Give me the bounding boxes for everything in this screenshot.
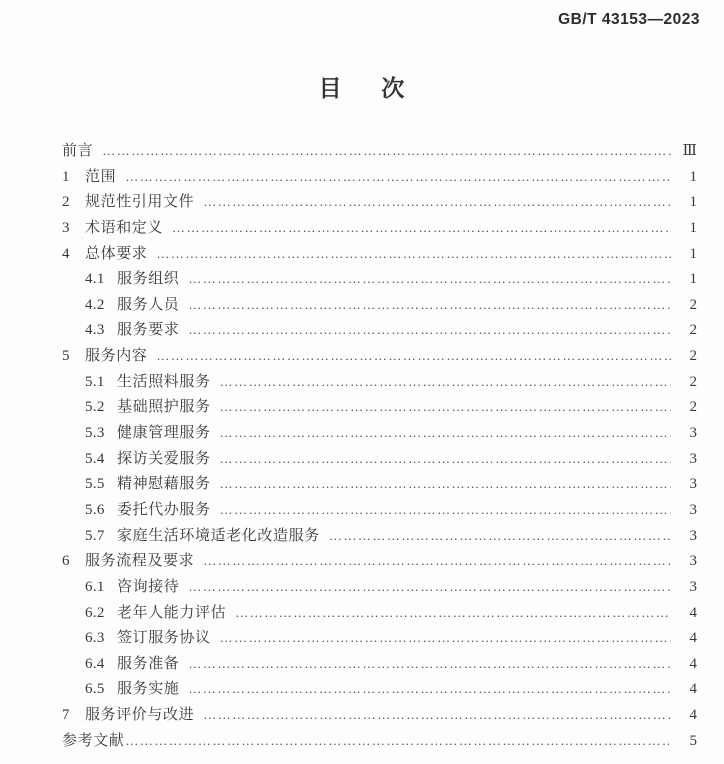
toc-entry-label: 咨询接待 bbox=[117, 575, 179, 601]
toc-entry-label: 服务人员 bbox=[117, 293, 179, 319]
toc-entry-page: 3 bbox=[677, 549, 697, 575]
toc-row: 6.2老年人能力评估………………………………………………………………………………… bbox=[62, 600, 697, 626]
toc-row: 5.3健康管理服务…………………………………………………………………………………… bbox=[62, 420, 697, 446]
toc-entry-page: 1 bbox=[677, 267, 697, 293]
toc-entry-number: 5.1 bbox=[85, 370, 117, 396]
toc-entry-label: 规范性引用文件 bbox=[85, 190, 194, 216]
dot-leader: …………………………………………………………………………………………………………… bbox=[220, 394, 671, 420]
toc-entry-number: 5.3 bbox=[85, 421, 117, 447]
toc-row: 5.2基础照护服务…………………………………………………………………………………… bbox=[62, 394, 697, 420]
toc-entry-page: 4 bbox=[677, 677, 697, 703]
dot-leader: …………………………………………………………………………………………………………… bbox=[188, 266, 671, 292]
toc-row: 5服务内容……………………………………………………………………………………………… bbox=[62, 343, 697, 369]
dot-leader: …………………………………………………………………………………………………………… bbox=[156, 241, 671, 267]
toc-row: 4.2服务人员………………………………………………………………………………………… bbox=[62, 292, 697, 318]
toc-entry-page: 2 bbox=[677, 395, 697, 421]
toc-entry-page: 2 bbox=[677, 318, 697, 344]
toc-entry-label: 总体要求 bbox=[85, 242, 147, 268]
standard-number: GB/T 43153—2023 bbox=[558, 11, 700, 29]
toc-entry-page: 2 bbox=[677, 370, 697, 396]
toc-entry-number: 6.3 bbox=[85, 626, 117, 652]
dot-leader: …………………………………………………………………………………………………………… bbox=[203, 548, 671, 574]
dot-leader: …………………………………………………………………………………………………………… bbox=[220, 446, 671, 472]
dot-leader: …………………………………………………………………………………………………………… bbox=[220, 471, 671, 497]
toc-entry-number: 5.2 bbox=[85, 395, 117, 421]
toc-entry-number: 7 bbox=[62, 703, 85, 729]
dot-leader: …………………………………………………………………………………………………………… bbox=[156, 343, 671, 369]
toc-row: 6.1咨询接待………………………………………………………………………………………… bbox=[62, 574, 697, 600]
toc-entry-number: 5.7 bbox=[85, 524, 117, 550]
toc-entry-page: 3 bbox=[677, 575, 697, 601]
toc-entry-number: 1 bbox=[62, 165, 85, 191]
toc-entry-number: 6.4 bbox=[85, 652, 117, 678]
dot-leader: …………………………………………………………………………………………………………… bbox=[188, 676, 671, 702]
toc-entry-page: 2 bbox=[677, 344, 697, 370]
toc-entry-label: 前言 bbox=[62, 139, 93, 165]
toc-row: 前言……………………………………………………………………………………………………… bbox=[62, 138, 697, 164]
dot-leader: …………………………………………………………………………………………………………… bbox=[172, 215, 671, 241]
toc-entry-label: 健康管理服务 bbox=[117, 421, 211, 447]
dot-leader: …………………………………………………………………………………………………………… bbox=[125, 164, 671, 190]
dot-leader: …………………………………………………………………………………………………………… bbox=[235, 600, 671, 626]
toc-entry-number: 5.4 bbox=[85, 447, 117, 473]
toc-row: 6.4服务准备………………………………………………………………………………………… bbox=[62, 651, 697, 677]
dot-leader: …………………………………………………………………………………………………………… bbox=[220, 420, 671, 446]
toc-entry-number: 5.5 bbox=[85, 472, 117, 498]
toc-entry-page: 1 bbox=[677, 190, 697, 216]
dot-leader: …………………………………………………………………………………………………………… bbox=[188, 292, 671, 318]
toc-entry-number: 3 bbox=[62, 216, 85, 242]
toc-entry-label: 签订服务协议 bbox=[117, 626, 211, 652]
toc-entry-page: 4 bbox=[677, 601, 697, 627]
page-title: 目 次 bbox=[0, 70, 724, 103]
toc-entry-label: 术语和定义 bbox=[85, 216, 163, 242]
toc-entry-number: 6 bbox=[62, 549, 85, 575]
toc-entry-page: 3 bbox=[677, 421, 697, 447]
toc-entry-label: 服务要求 bbox=[117, 318, 179, 344]
toc-entry-label: 服务准备 bbox=[117, 652, 179, 678]
toc-row: 6.5服务实施………………………………………………………………………………………… bbox=[62, 676, 697, 702]
toc-row: 5.4探访关爱服务…………………………………………………………………………………… bbox=[62, 446, 697, 472]
toc-entry-label: 参考文献 bbox=[62, 729, 124, 755]
toc-row: 7服务评价与改进……………………………………………………………………………………… bbox=[62, 702, 697, 728]
toc-entry-page: 1 bbox=[677, 216, 697, 242]
toc-entry-page: 3 bbox=[677, 498, 697, 524]
dot-leader: …………………………………………………………………………………………………………… bbox=[203, 702, 671, 728]
dot-leader: …………………………………………………………………………………………………………… bbox=[102, 138, 671, 164]
toc-row: 4总体要求……………………………………………………………………………………………… bbox=[62, 241, 697, 267]
toc-entry-number: 2 bbox=[62, 190, 85, 216]
toc-row: 6.3签订服务协议…………………………………………………………………………………… bbox=[62, 625, 697, 651]
toc-entry-page: 4 bbox=[677, 626, 697, 652]
toc-entry-page: 1 bbox=[677, 242, 697, 268]
toc-entry-label: 探访关爱服务 bbox=[117, 447, 211, 473]
toc-row: 4.1服务组织………………………………………………………………………………………… bbox=[62, 266, 697, 292]
toc-entry-label: 服务评价与改进 bbox=[85, 703, 194, 729]
toc-row: 1范围…………………………………………………………………………………………………… bbox=[62, 164, 697, 190]
toc-row: 5.1生活照料服务…………………………………………………………………………………… bbox=[62, 369, 697, 395]
toc-entry-page: 2 bbox=[677, 293, 697, 319]
dot-leader: …………………………………………………………………………………………………………… bbox=[188, 574, 671, 600]
toc-entry-page: 3 bbox=[677, 472, 697, 498]
toc-row: 2规范性引用文件……………………………………………………………………………………… bbox=[62, 189, 697, 215]
dot-leader: …………………………………………………………………………………………………………… bbox=[329, 523, 671, 549]
dot-leader: …………………………………………………………………………………………………………… bbox=[203, 189, 671, 215]
document-page: GB/T 43153—2023 目 次 前言………………………………………………… bbox=[0, 0, 724, 764]
toc-entry-label: 委托代办服务 bbox=[117, 498, 211, 524]
dot-leader: …………………………………………………………………………………………………………… bbox=[188, 317, 671, 343]
toc-entry-label: 老年人能力评估 bbox=[117, 601, 226, 627]
toc-row: 6服务流程及要求……………………………………………………………………………………… bbox=[62, 548, 697, 574]
toc-entry-number: 6.5 bbox=[85, 677, 117, 703]
toc-entry-page: Ⅲ bbox=[677, 139, 697, 165]
toc-row: 5.6委托代办服务…………………………………………………………………………………… bbox=[62, 497, 697, 523]
toc-entry-number: 4 bbox=[62, 242, 85, 268]
toc-entry-number: 4.2 bbox=[85, 293, 117, 319]
toc-row: 4.3服务要求………………………………………………………………………………………… bbox=[62, 317, 697, 343]
toc-entry-label: 范围 bbox=[85, 165, 116, 191]
toc-entry-label: 基础照护服务 bbox=[117, 395, 211, 421]
toc-row: 参考文献………………………………………………………………………………………………… bbox=[62, 728, 697, 754]
dot-leader: …………………………………………………………………………………………………………… bbox=[188, 651, 671, 677]
toc-entry-number: 6.2 bbox=[85, 601, 117, 627]
toc-entry-label: 生活照料服务 bbox=[117, 370, 211, 396]
toc-entry-number: 4.1 bbox=[85, 267, 117, 293]
dot-leader: …………………………………………………………………………………………………………… bbox=[220, 625, 671, 651]
dot-leader: …………………………………………………………………………………………………………… bbox=[125, 728, 671, 754]
toc-row: 5.5精神慰藉服务…………………………………………………………………………………… bbox=[62, 471, 697, 497]
toc-entry-label: 服务实施 bbox=[117, 677, 179, 703]
toc-entry-number: 6.1 bbox=[85, 575, 117, 601]
dot-leader: …………………………………………………………………………………………………………… bbox=[220, 369, 671, 395]
toc-entry-page: 3 bbox=[677, 447, 697, 473]
toc-entry-page: 4 bbox=[677, 652, 697, 678]
dot-leader: …………………………………………………………………………………………………………… bbox=[220, 497, 671, 523]
toc-entry-label: 服务组织 bbox=[117, 267, 179, 293]
toc-entry-number: 4.3 bbox=[85, 318, 117, 344]
toc-row: 5.7家庭生活环境适老化改造服务………………………………………………………………… bbox=[62, 523, 697, 549]
toc-row: 3术语和定义…………………………………………………………………………………………… bbox=[62, 215, 697, 241]
toc-list: 前言……………………………………………………………………………………………………… bbox=[62, 138, 697, 753]
toc-entry-page: 1 bbox=[677, 165, 697, 191]
toc-entry-label: 服务内容 bbox=[85, 344, 147, 370]
toc-entry-page: 3 bbox=[677, 524, 697, 550]
toc-entry-page: 5 bbox=[677, 729, 697, 755]
toc-entry-label: 服务流程及要求 bbox=[85, 549, 194, 575]
toc-entry-number: 5 bbox=[62, 344, 85, 370]
toc-entry-page: 4 bbox=[677, 703, 697, 729]
toc-entry-label: 家庭生活环境适老化改造服务 bbox=[117, 524, 320, 550]
toc-entry-label: 精神慰藉服务 bbox=[117, 472, 211, 498]
toc-entry-number: 5.6 bbox=[85, 498, 117, 524]
